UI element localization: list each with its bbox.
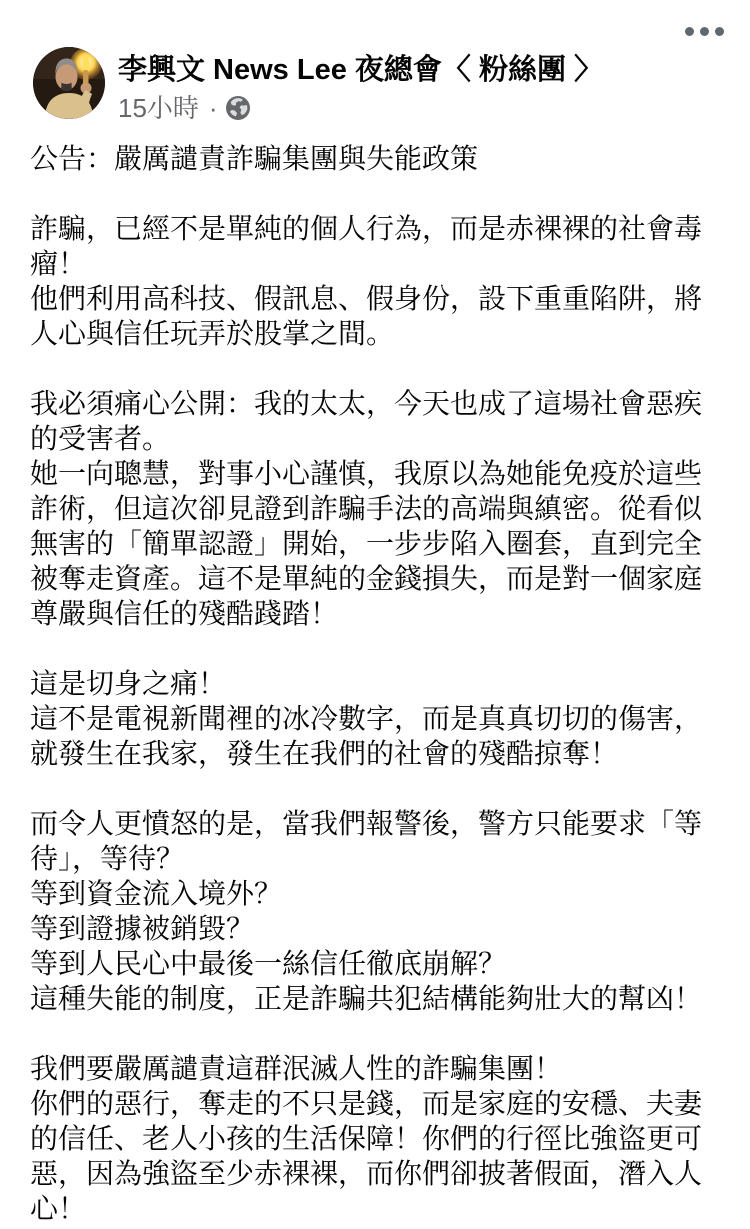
- post-header-info: 李興文 News Lee 夜總會〈 粉絲團 〉 15小時 ·: [118, 47, 725, 123]
- page-name[interactable]: 李興文 News Lee 夜總會〈 粉絲團 〉: [118, 52, 725, 89]
- more-options-button[interactable]: [683, 15, 726, 48]
- meta-separator: ·: [209, 93, 218, 123]
- timestamp[interactable]: 15小時: [118, 93, 199, 123]
- profile-photo-man-holding-torch: [33, 47, 105, 119]
- avatar[interactable]: [33, 47, 105, 119]
- post-meta: 15小時 ·: [118, 93, 725, 123]
- globe-icon: [226, 96, 250, 120]
- ellipsis-horizontal-icon: [685, 27, 724, 36]
- post-header: 李興文 News Lee 夜總會〈 粉絲團 〉 15小時 ·: [0, 0, 750, 123]
- facebook-post: 李興文 News Lee 夜總會〈 粉絲團 〉 15小時 · 公告: [0, 0, 750, 1229]
- post-text: 公告：嚴厲譴責詐騙集團與失能政策 詐騙，已經不是單純的個人行為，而是赤裸裸的社會…: [0, 141, 750, 1226]
